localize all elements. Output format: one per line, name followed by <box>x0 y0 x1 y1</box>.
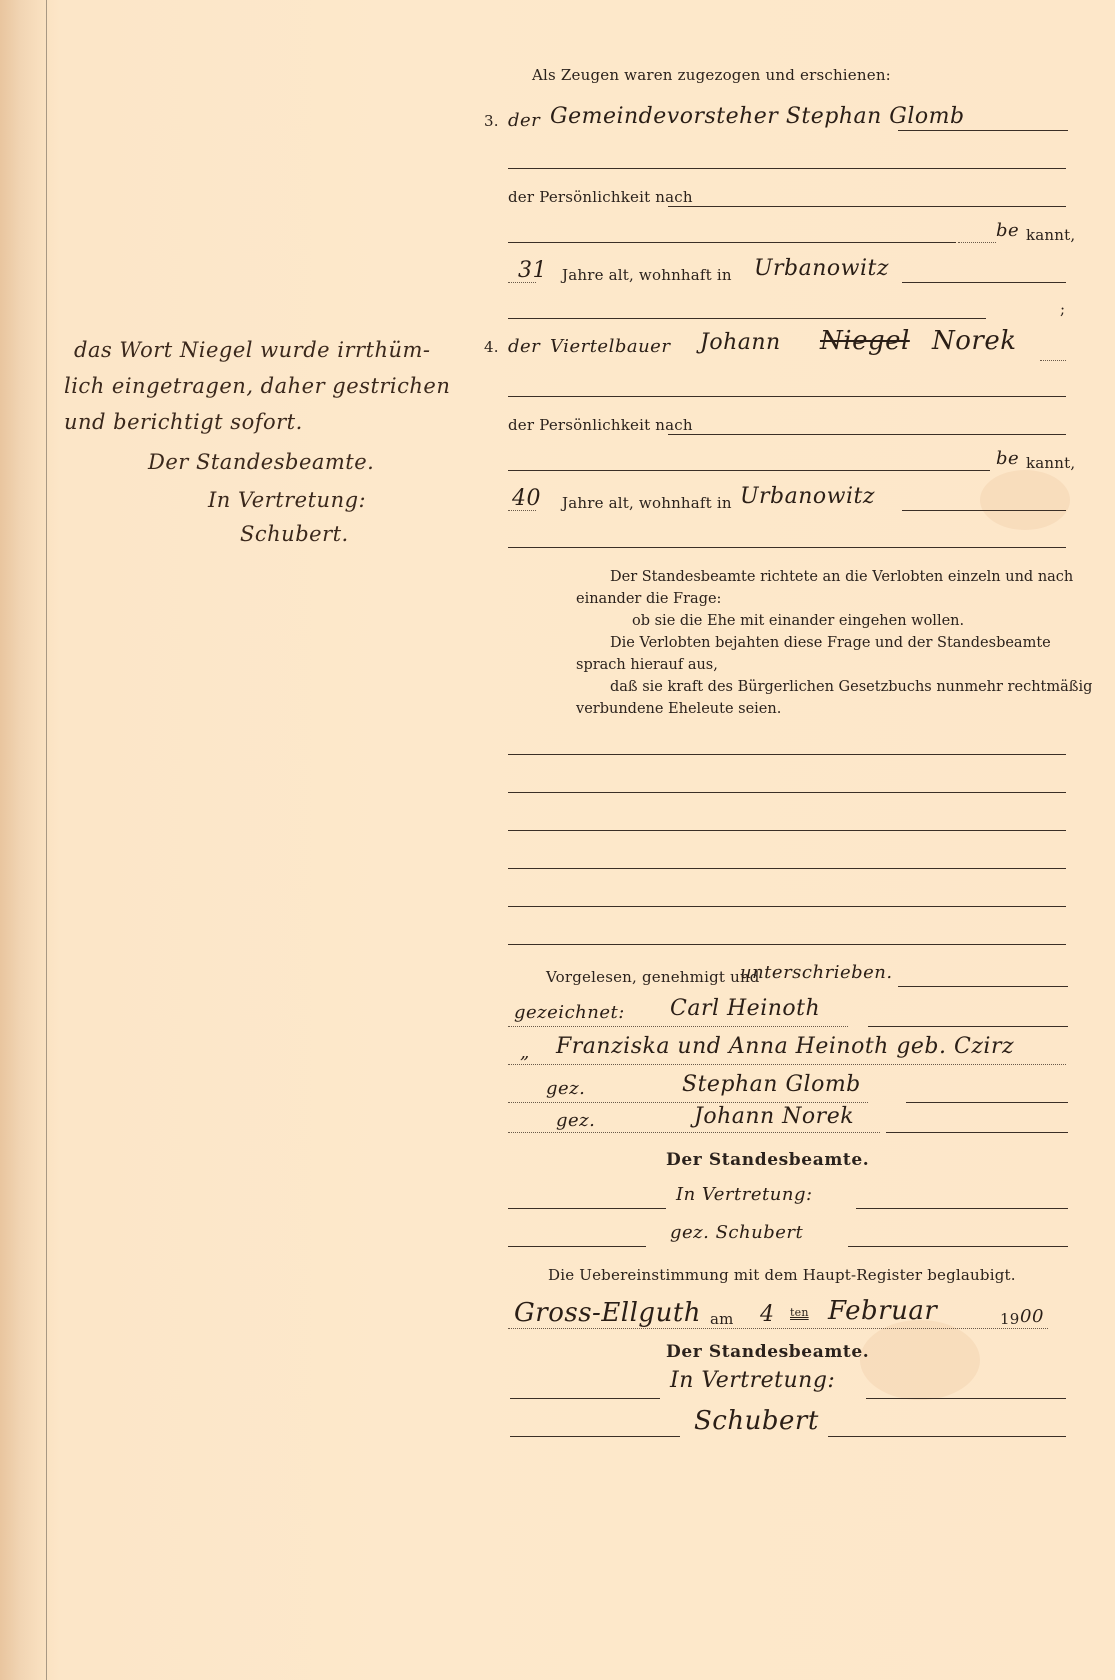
fill-line <box>510 1436 680 1437</box>
fill-line <box>902 282 1066 283</box>
fill-line <box>898 130 1068 131</box>
fill-line <box>828 1436 1066 1437</box>
fill-line <box>856 1208 1068 1209</box>
fill-line <box>906 1102 1068 1103</box>
fill-line <box>508 547 1066 548</box>
binding-shadow <box>0 0 46 1680</box>
fill-line <box>668 206 1066 207</box>
fill-line <box>886 1132 1068 1133</box>
fill-line <box>508 1246 646 1247</box>
paper-stain <box>860 1320 980 1400</box>
blank-ruled-line <box>508 944 1066 945</box>
certification-official-title: Der Standesbeamte. <box>666 1342 869 1362</box>
margin-note-line: lich eingetragen, daher gestrichen <box>64 374 450 398</box>
witness-residence: Urbanowitz <box>754 256 889 281</box>
paper-stain <box>980 470 1070 530</box>
known-suffix: kannt, <box>1026 454 1075 472</box>
year-handwritten: 00 <box>1020 1306 1044 1327</box>
signature-prefix: „ <box>520 1042 530 1063</box>
ceremony-line: ob sie die Ehe mit einander eingehen wol… <box>576 610 1076 632</box>
known-handwritten: be <box>996 220 1019 241</box>
known-handwritten: be <box>996 448 1019 469</box>
blank-ruled-line <box>508 906 1066 907</box>
ceremony-line: sprach hierauf aus, <box>576 654 1076 676</box>
signature-name: Carl Heinoth <box>670 996 820 1021</box>
margin-note-line: und berichtigt sofort. <box>64 410 303 434</box>
ceremony-line: daß sie kraft des Bürgerlichen Gesetzbuc… <box>576 676 1076 698</box>
witness-name-line: Gemeindevorsteher Stephan Glomb <box>550 104 965 129</box>
fill-line <box>902 510 1066 511</box>
dotted-line <box>508 1026 848 1027</box>
ceremony-line: einander die Frage: <box>576 588 1076 610</box>
official-title: Der Standesbeamte. <box>666 1150 869 1170</box>
margin-note-signature: Schubert. <box>240 522 349 546</box>
blank-ruled-line <box>508 868 1066 869</box>
line-end-semicolon: ; <box>1060 300 1065 318</box>
fill-line <box>508 242 956 243</box>
personality-label: der Persönlichkeit nach <box>508 188 693 206</box>
certification-statement: Die Uebereinstimmung mit dem Haupt-Regis… <box>548 1266 1016 1284</box>
official-signature: gez. Schubert <box>670 1222 803 1243</box>
margin-note-deputy: In Vertretung: <box>208 488 366 512</box>
certification-place: Gross-Ellguth <box>514 1298 701 1328</box>
fill-line <box>866 1398 1066 1399</box>
signature-name: Stephan Glomb <box>682 1072 861 1097</box>
signature-prefix: gez. <box>556 1110 595 1131</box>
margin-note-line: das Wort Niegel wurde irrthüm- <box>74 338 431 362</box>
fill-line <box>508 396 1066 397</box>
blank-ruled-line <box>508 754 1066 755</box>
witness-age: 40 <box>512 486 541 511</box>
am-label: am <box>710 1310 734 1328</box>
struck-name: Niegel <box>820 326 910 356</box>
witness-number: 3. <box>484 112 499 130</box>
fill-line <box>508 470 990 471</box>
dotted-line <box>508 1064 1066 1065</box>
read-approved-handwritten: unterschrieben. <box>740 962 893 983</box>
fill-line <box>508 318 986 319</box>
certification-deputy: In Vertretung: <box>670 1368 835 1393</box>
signature-prefix: gez. <box>546 1078 585 1099</box>
certification-month: Februar <box>828 1296 937 1326</box>
blank-ruled-line <box>508 792 1066 793</box>
ceremony-paragraph: Der Standesbeamte richtete an die Verlob… <box>576 566 1076 720</box>
dotted-line <box>508 1102 868 1103</box>
ceremony-line: Der Standesbeamte richtete an die Verlob… <box>576 566 1076 588</box>
witness-prefix: der <box>508 110 540 131</box>
year-printed: 19 <box>1000 1310 1020 1328</box>
ceremony-line: verbundene Eheleute seien. <box>576 698 1076 720</box>
witness-surname: Norek <box>932 326 1016 356</box>
fill-line <box>508 168 1066 169</box>
signature-name: Franziska und Anna Heinoth geb. Czirz <box>556 1034 1014 1059</box>
dotted-line <box>958 242 996 243</box>
witness-header: Als Zeugen waren zugezogen und erschiene… <box>532 66 891 84</box>
dotted-line <box>508 1132 880 1133</box>
fill-line <box>508 1208 666 1209</box>
certification-day: 4 <box>760 1302 775 1327</box>
certification-signature: Schubert <box>694 1406 819 1436</box>
ceremony-line: Die Verlobten bejahten diese Frage und d… <box>576 632 1076 654</box>
known-suffix: kannt, <box>1026 226 1075 244</box>
witness-prefix: der <box>508 336 540 357</box>
fill-line <box>898 986 1068 987</box>
dotted-line <box>1040 360 1066 361</box>
witness-number: 4. <box>484 338 499 356</box>
fill-line <box>668 434 1066 435</box>
fill-line <box>848 1246 1068 1247</box>
binding-fold-line <box>46 0 47 1680</box>
fill-line <box>868 1026 1068 1027</box>
read-approved-label: Vorgelesen, genehmigt und <box>546 968 760 986</box>
witness-first-name: Johann <box>700 330 781 355</box>
witness-occupation: Viertelbauer <box>550 336 670 357</box>
age-label: Jahre alt, wohnhaft in <box>562 494 732 512</box>
day-suffix: ten <box>790 1306 809 1319</box>
dotted-line <box>508 1328 1048 1329</box>
blank-ruled-line <box>508 830 1066 831</box>
official-deputy: In Vertretung: <box>676 1184 813 1205</box>
fill-line <box>510 1398 660 1399</box>
witness-residence: Urbanowitz <box>740 484 875 509</box>
signature-prefix: gezeichnet: <box>514 1002 625 1023</box>
margin-note-signature-title: Der Standesbeamte. <box>148 450 374 474</box>
witness-age: 31 <box>518 258 547 283</box>
age-label: Jahre alt, wohnhaft in <box>562 266 732 284</box>
personality-label: der Persönlichkeit nach <box>508 416 693 434</box>
signature-name: Johann Norek <box>694 1104 854 1129</box>
